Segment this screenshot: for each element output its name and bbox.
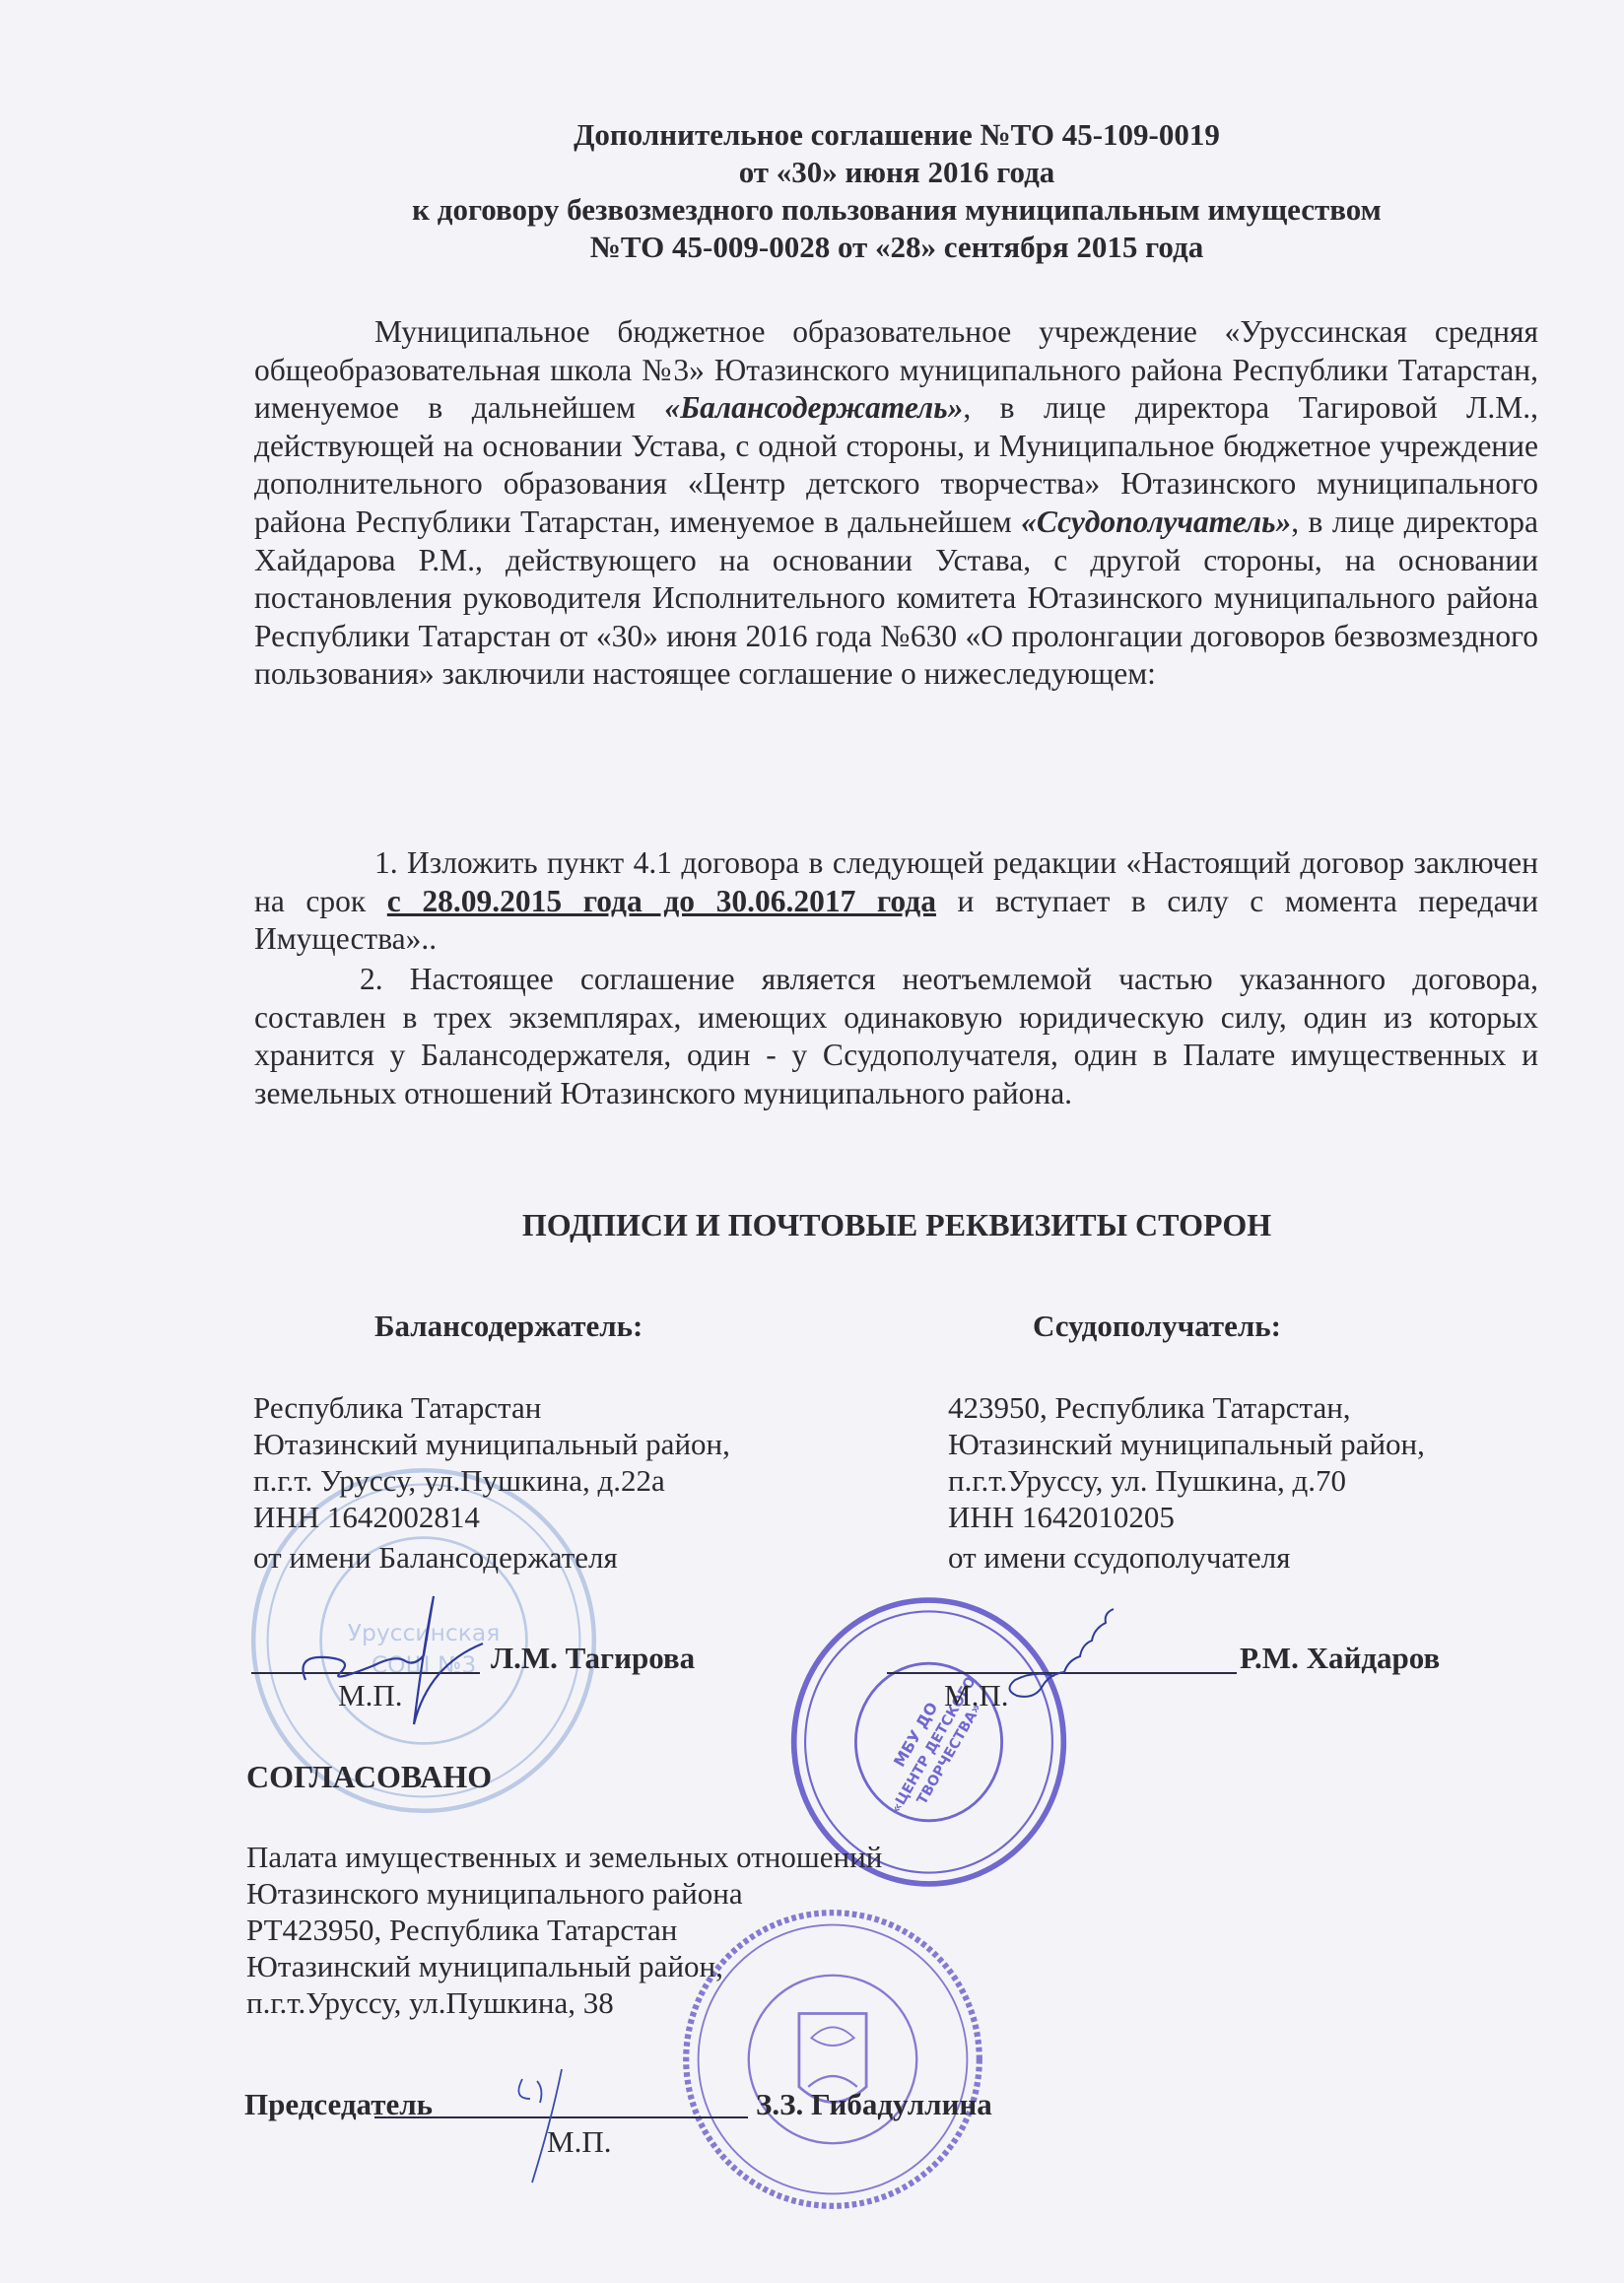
- clause-1: 1. Изложить пункт 4.1 договора в следующ…: [254, 844, 1538, 959]
- signature-gibadullina-icon: [414, 2059, 591, 2187]
- borrower-heading: Ссудополучатель:: [1033, 1309, 1281, 1344]
- document-title: Дополнительное соглашение №ТО 45-109-001…: [246, 116, 1547, 266]
- balance-holder-seal-mark: М.П.: [338, 1678, 402, 1713]
- clause-text: 2. Настоящее соглашение является неотъем…: [254, 962, 1538, 1110]
- address-line: Республика Татарстан: [253, 1389, 730, 1426]
- title-line: от «30» июня 2016 года: [246, 154, 1547, 191]
- svg-text:ТВОРЧЕСТВА»: ТВОРЧЕСТВА»: [914, 1701, 985, 1807]
- approval-seal-mark: М.П.: [547, 2124, 611, 2160]
- address-line: Палата имущественных и земельных отношен…: [246, 1839, 882, 1875]
- preamble-paragraph: Муниципальное бюджетное образовательное …: [254, 313, 1538, 694]
- address-line: 423950, Республика Татарстан,: [948, 1389, 1425, 1426]
- approval-address: Палата имущественных и земельных отношен…: [246, 1839, 882, 2021]
- term-dates: с 28.09.2015 года до 30.06.2017 года: [387, 884, 936, 918]
- borrower-term: «Ссудополучатель»: [1021, 504, 1291, 539]
- address-line: п.г.т. Уруссу, ул.Пушкина, д.22а: [253, 1462, 730, 1499]
- address-line: РТ423950, Республика Татарстан: [246, 1912, 882, 1948]
- signature-khaydarov-icon: [995, 1601, 1153, 1710]
- address-line: от имени Балансодержателя: [253, 1539, 730, 1576]
- document-page: Дополнительное соглашение №ТО 45-109-001…: [0, 0, 1624, 2283]
- address-line: ИНН 1642010205: [948, 1499, 1425, 1535]
- balance-holder-heading: Балансодержатель:: [374, 1309, 643, 1344]
- signatures-heading: ПОДПИСИ И ПОЧТОВЫЕ РЕКВИЗИТЫ СТОРОН: [246, 1207, 1547, 1243]
- clause-2: 2. Настоящее соглашение является неотъем…: [254, 961, 1538, 1112]
- address-line: п.г.т.Уруссу, ул.Пушкина, 38: [246, 1984, 882, 2021]
- title-line: №ТО 45-009-0028 от «28» сентября 2015 го…: [246, 229, 1547, 266]
- balance-holder-signatory: Л.М. Тагирова: [491, 1641, 695, 1676]
- address-line: Ютазинский муниципальный район,: [253, 1426, 730, 1462]
- address-line: ИНН 1642002814: [253, 1499, 730, 1535]
- address-line: п.г.т.Уруссу, ул. Пушкина, д.70: [948, 1462, 1425, 1499]
- address-line: от имени ссудополучателя: [948, 1539, 1425, 1576]
- title-line: к договору безвозмездного пользования му…: [246, 191, 1547, 229]
- balance-holder-term: «Балансодержатель»: [664, 390, 963, 425]
- address-line: Ютазинский муниципальный район,: [948, 1426, 1425, 1462]
- address-line: Ютазинского муниципального района: [246, 1875, 882, 1912]
- approval-signatory: З.З. Гибадуллина: [756, 2087, 992, 2122]
- borrower-address: 423950, Республика Татарстан, Ютазинский…: [948, 1389, 1425, 1576]
- approval-heading: СОГЛАСОВАНО: [246, 1759, 492, 1795]
- svg-text:МБУ ДО: МБУ ДО: [890, 1699, 942, 1770]
- balance-holder-address: Республика Татарстан Ютазинский муниципа…: [253, 1389, 730, 1576]
- address-line: Ютазинский муниципальный район,: [246, 1948, 882, 1984]
- borrower-signatory: Р.М. Хайдаров: [1240, 1641, 1440, 1676]
- borrower-seal-mark: М.П.: [944, 1678, 1008, 1713]
- title-line: Дополнительное соглашение №ТО 45-109-001…: [246, 116, 1547, 154]
